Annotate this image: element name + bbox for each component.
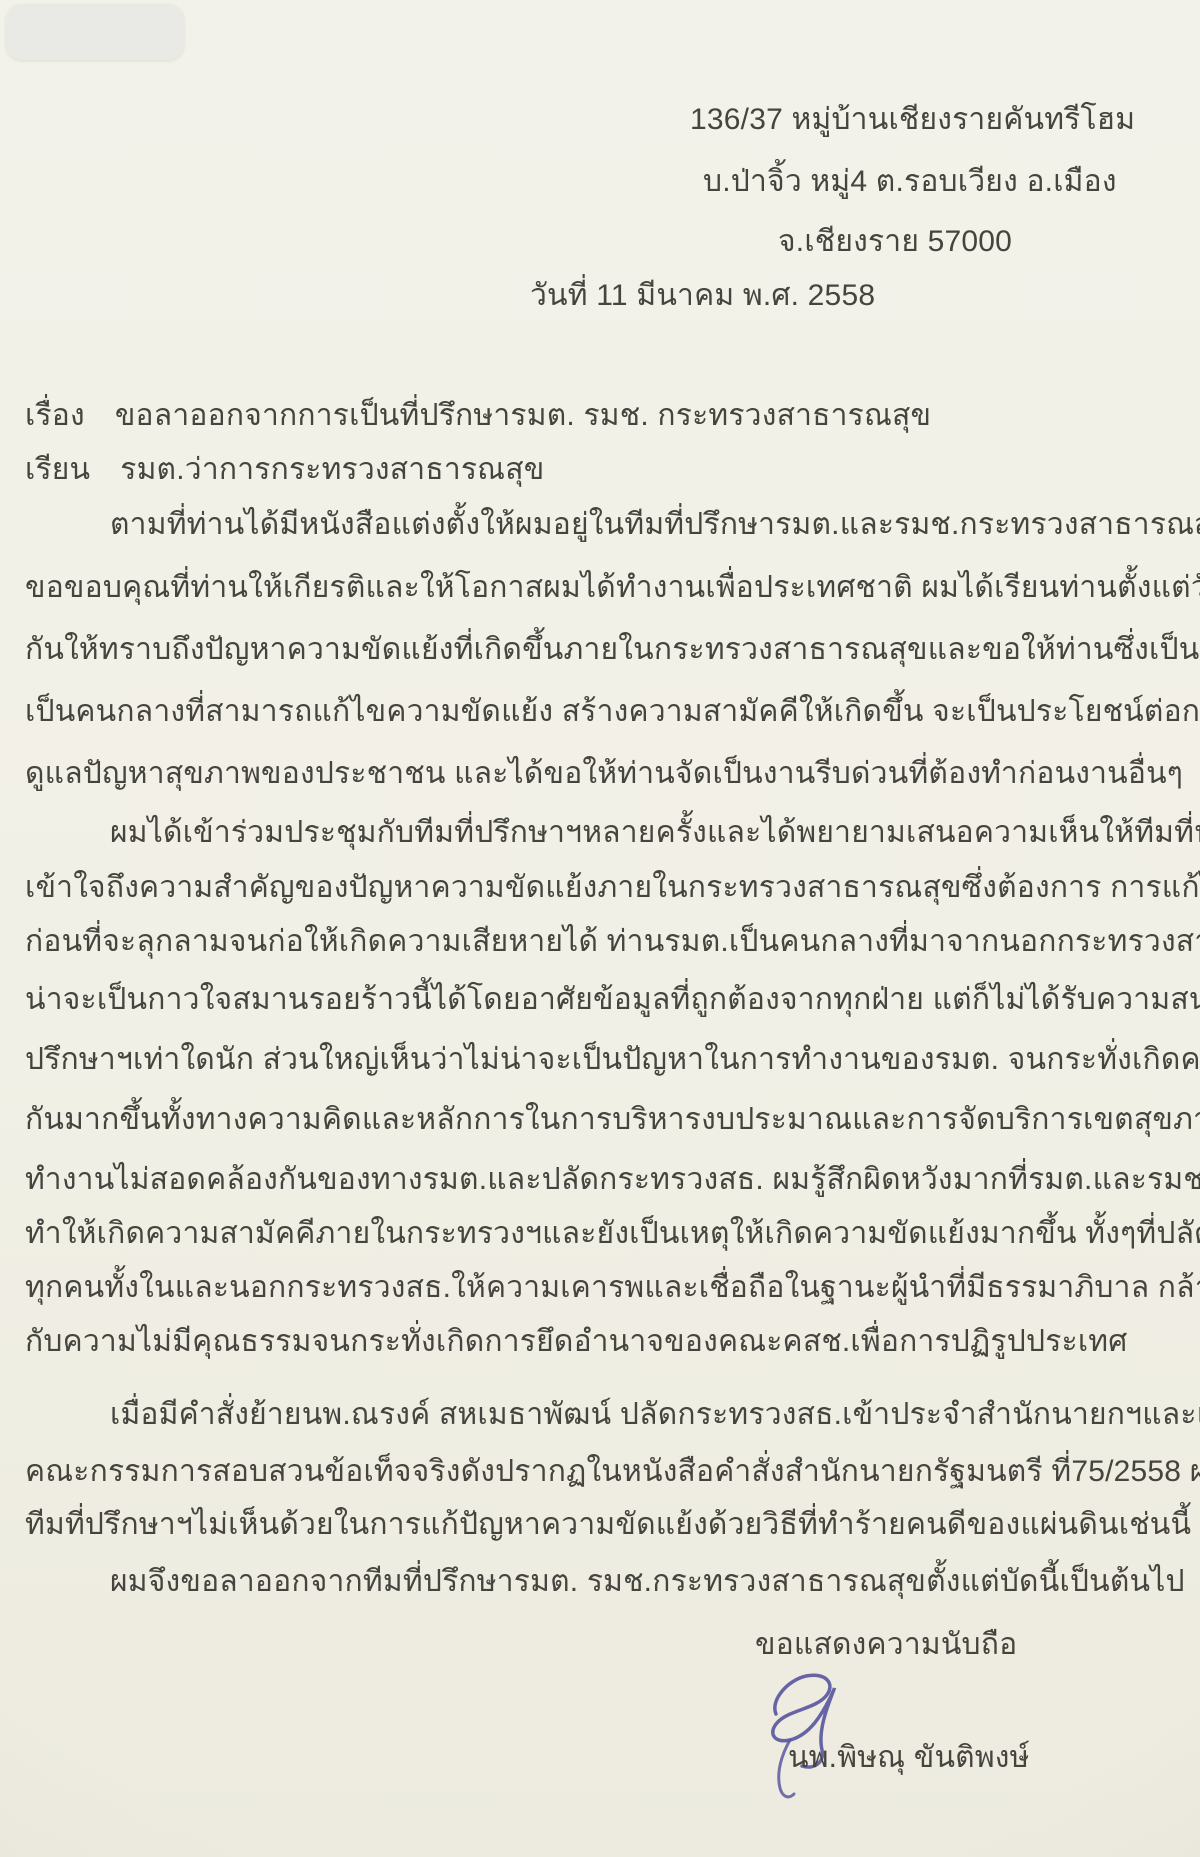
body-line: ดูแลปัญหาสุขภาพของประชาชน และได้ขอให้ท่า… <box>25 754 1183 794</box>
body-line: คณะกรรมการสอบสวนข้อเท็จจริงดังปรากฏในหนั… <box>25 1452 1200 1492</box>
letter-photo: 136/37 หมู่บ้านเชียงรายคันทรีโฮม บ.ป่าจิ… <box>0 0 1200 1857</box>
sender-address-line-3: จ.เชียงราย 57000 <box>778 222 1012 262</box>
salutation-line: เรียนรมต.ว่าการกระทรวงสาธารณสุข <box>25 450 544 490</box>
letter-date: วันที่ 11 มีนาคม พ.ศ. 2558 <box>530 276 875 316</box>
body-line: ขอขอบคุณที่ท่านให้เกียรติและให้โอกาสผมได… <box>25 568 1200 608</box>
closing-phrase: ขอแสดงความนับถือ <box>755 1625 1017 1665</box>
body-line: ปรึกษาฯเท่าใดนัก ส่วนใหญ่เห็นว่าไม่น่าจะ… <box>25 1040 1200 1080</box>
signature-scribble <box>718 1662 938 1802</box>
body-line: ทีมที่ปรึกษาฯไม่เห็นด้วยในการแก้ปัญหาควา… <box>25 1505 1191 1545</box>
sender-address-line-2: บ.ป่าจิ้ว หมู่4 ต.รอบเวียง อ.เมือง <box>703 162 1117 202</box>
subject-text: ขอลาออกจากการเป็นที่ปรึกษารมต. รมช. กระท… <box>115 399 931 432</box>
body-line: กันให้ทราบถึงปัญหาความขัดแย้งที่เกิดขึ้น… <box>25 630 1200 670</box>
body-line: ทำงานไม่สอดคล้องกันของทางรมต.และปลัดกระท… <box>25 1160 1200 1200</box>
subject-line: เรื่องขอลาออกจากการเป็นที่ปรึกษารมต. รมช… <box>25 396 931 436</box>
body-line: น่าจะเป็นกาวใจสมานรอยร้าวนี้ได้โดยอาศัยข… <box>25 980 1200 1020</box>
signature-name: นพ.พิษณุ ขันติพงษ์ <box>788 1738 1030 1778</box>
body-line: ตามที่ท่านได้มีหนังสือแต่งตั้งให้ผมอยู่ใ… <box>25 505 1200 545</box>
body-line: เข้าใจถึงความสำคัญของปัญหาความขัดแย้งภาย… <box>25 868 1200 908</box>
body-line: ทุกคนทั้งในและนอกกระทรวงสธ.ให้ความเคารพแ… <box>25 1268 1200 1308</box>
body-line: เป็นคนกลางที่สามารถแก้ไขความขัดแย้ง สร้า… <box>25 692 1200 732</box>
corner-card <box>6 4 184 60</box>
sender-address-line-1: 136/37 หมู่บ้านเชียงรายคันทรีโฮม <box>690 100 1135 140</box>
body-line: กันมากขึ้นทั้งทางความคิดและหลักการในการบ… <box>25 1100 1200 1140</box>
salutation-text: รมต.ว่าการกระทรวงสาธารณสุข <box>120 453 544 486</box>
salutation-label: เรียน <box>25 450 90 490</box>
body-line: ทำให้เกิดความสามัคคีภายในกระทรวงฯและยังเ… <box>25 1214 1200 1254</box>
body-line: เมื่อมีคำสั่งย้ายนพ.ณรงค์ สหเมธาพัฒน์ ปล… <box>25 1395 1200 1435</box>
body-line: ผมจึงขอลาออกจากทีมที่ปรึกษารมต. รมช.กระท… <box>25 1562 1185 1602</box>
body-line: กับความไม่มีคุณธรรมจนกระทั่งเกิดการยึดอำ… <box>25 1322 1128 1362</box>
body-line: ผมได้เข้าร่วมประชุมกับทีมที่ปรึกษาฯหลายค… <box>25 813 1200 853</box>
body-line: ก่อนที่จะลุกลามจนก่อให้เกิดความเสียหายได… <box>25 922 1200 962</box>
subject-label: เรื่อง <box>25 396 85 436</box>
